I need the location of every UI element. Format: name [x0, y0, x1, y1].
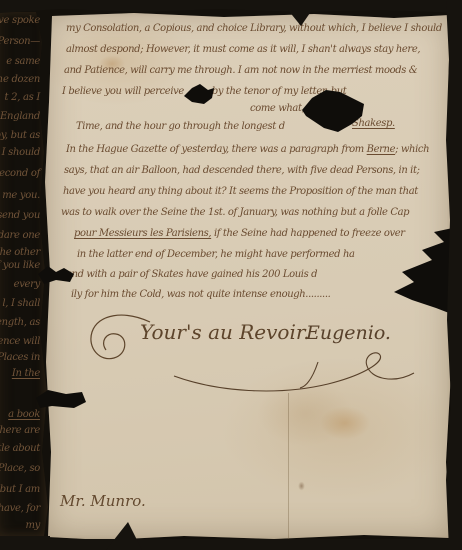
margin-fragment: Places in	[0, 352, 40, 363]
margin-fragment: I have spoke	[0, 15, 40, 26]
line-text: ; which	[395, 143, 429, 155]
line-text-underlined: pour Messieurs les Parisiens,	[74, 227, 211, 239]
margin-fragment: I send you	[0, 210, 40, 221]
letter-line: my Consolation, a Copious, and choice Li…	[66, 22, 442, 34]
margin-fragment: the dozen	[0, 74, 40, 85]
margin-fragment: Person—	[0, 36, 40, 47]
margin-fragment: me you.	[2, 190, 40, 201]
margin-fragment: length, as	[0, 317, 40, 328]
letter-line: ily for him the Cold, was not quite inte…	[71, 288, 330, 300]
letter-line: and with a pair of Skates have gained hi…	[66, 268, 317, 280]
photo-top-band	[0, 0, 462, 13]
margin-fragment: Place, so	[0, 463, 40, 474]
line-text-underlined: Berne	[367, 143, 395, 155]
pen-speck	[297, 480, 306, 492]
margin-fragment: here are	[0, 425, 40, 436]
margin-fragment: the other	[0, 247, 40, 258]
photo-bottom-band	[0, 539, 462, 550]
margin-fragment: a book	[8, 409, 40, 420]
line-text: In the Hague Gazette of yesterday, there…	[66, 143, 367, 155]
margin-fragment: every	[14, 279, 40, 290]
quote-line: Time, and the hour go through the longes…	[76, 120, 285, 132]
margin-fragment: t I should	[0, 147, 40, 158]
letter-line: and Patience, will carry me through. I a…	[64, 64, 417, 76]
closing-phrase: Your's au Revoir.	[140, 320, 310, 344]
margin-fragment: second of	[0, 168, 40, 179]
signature: Eugenio.	[306, 322, 391, 344]
photo-right-band	[446, 0, 462, 550]
margin-fragment: t 2, as I	[5, 92, 40, 103]
letter-line: says, that an air Balloon, had descended…	[64, 164, 420, 176]
margin-fragment: but I am	[0, 484, 40, 495]
letter-line: have you heard any thing about it? It se…	[63, 185, 418, 197]
signature-paraph	[168, 348, 420, 396]
margin-fragment: dare one	[0, 230, 40, 241]
letter-line: was to walk over the Seine the 1st. of J…	[61, 206, 409, 218]
margin-fragment: by, but as	[0, 130, 40, 141]
margin-fragment: have, for	[0, 503, 40, 514]
margin-fragment: little about	[0, 443, 40, 454]
letter-line: in the latter end of December, he might …	[77, 248, 355, 260]
addressee: Mr. Munro.	[60, 492, 146, 510]
margin-fragment: dence will	[0, 336, 40, 347]
margin-fragment: e same	[6, 56, 40, 67]
margin-fragment: my	[25, 520, 40, 531]
margin-fragment: l, I shall	[2, 298, 40, 309]
margin-fragment: In the	[12, 368, 40, 379]
margin-fragment: if you like	[0, 260, 40, 271]
letter-line: almost despond; However, it must come as…	[66, 43, 420, 55]
line-text: if the Seine had happened to freeze over	[211, 227, 405, 239]
photo-left-bottom-corner	[0, 536, 50, 550]
margin-fragment: in England	[0, 111, 40, 122]
letter-line: pour Messieurs les Parisiens, if the Sei…	[74, 227, 405, 239]
paper-stain	[310, 400, 380, 446]
fold-crease	[288, 393, 289, 539]
letter-line: In the Hague Gazette of yesterday, there…	[66, 143, 429, 155]
letter-photo: I have spoke Person— e same the dozen t …	[0, 0, 462, 550]
